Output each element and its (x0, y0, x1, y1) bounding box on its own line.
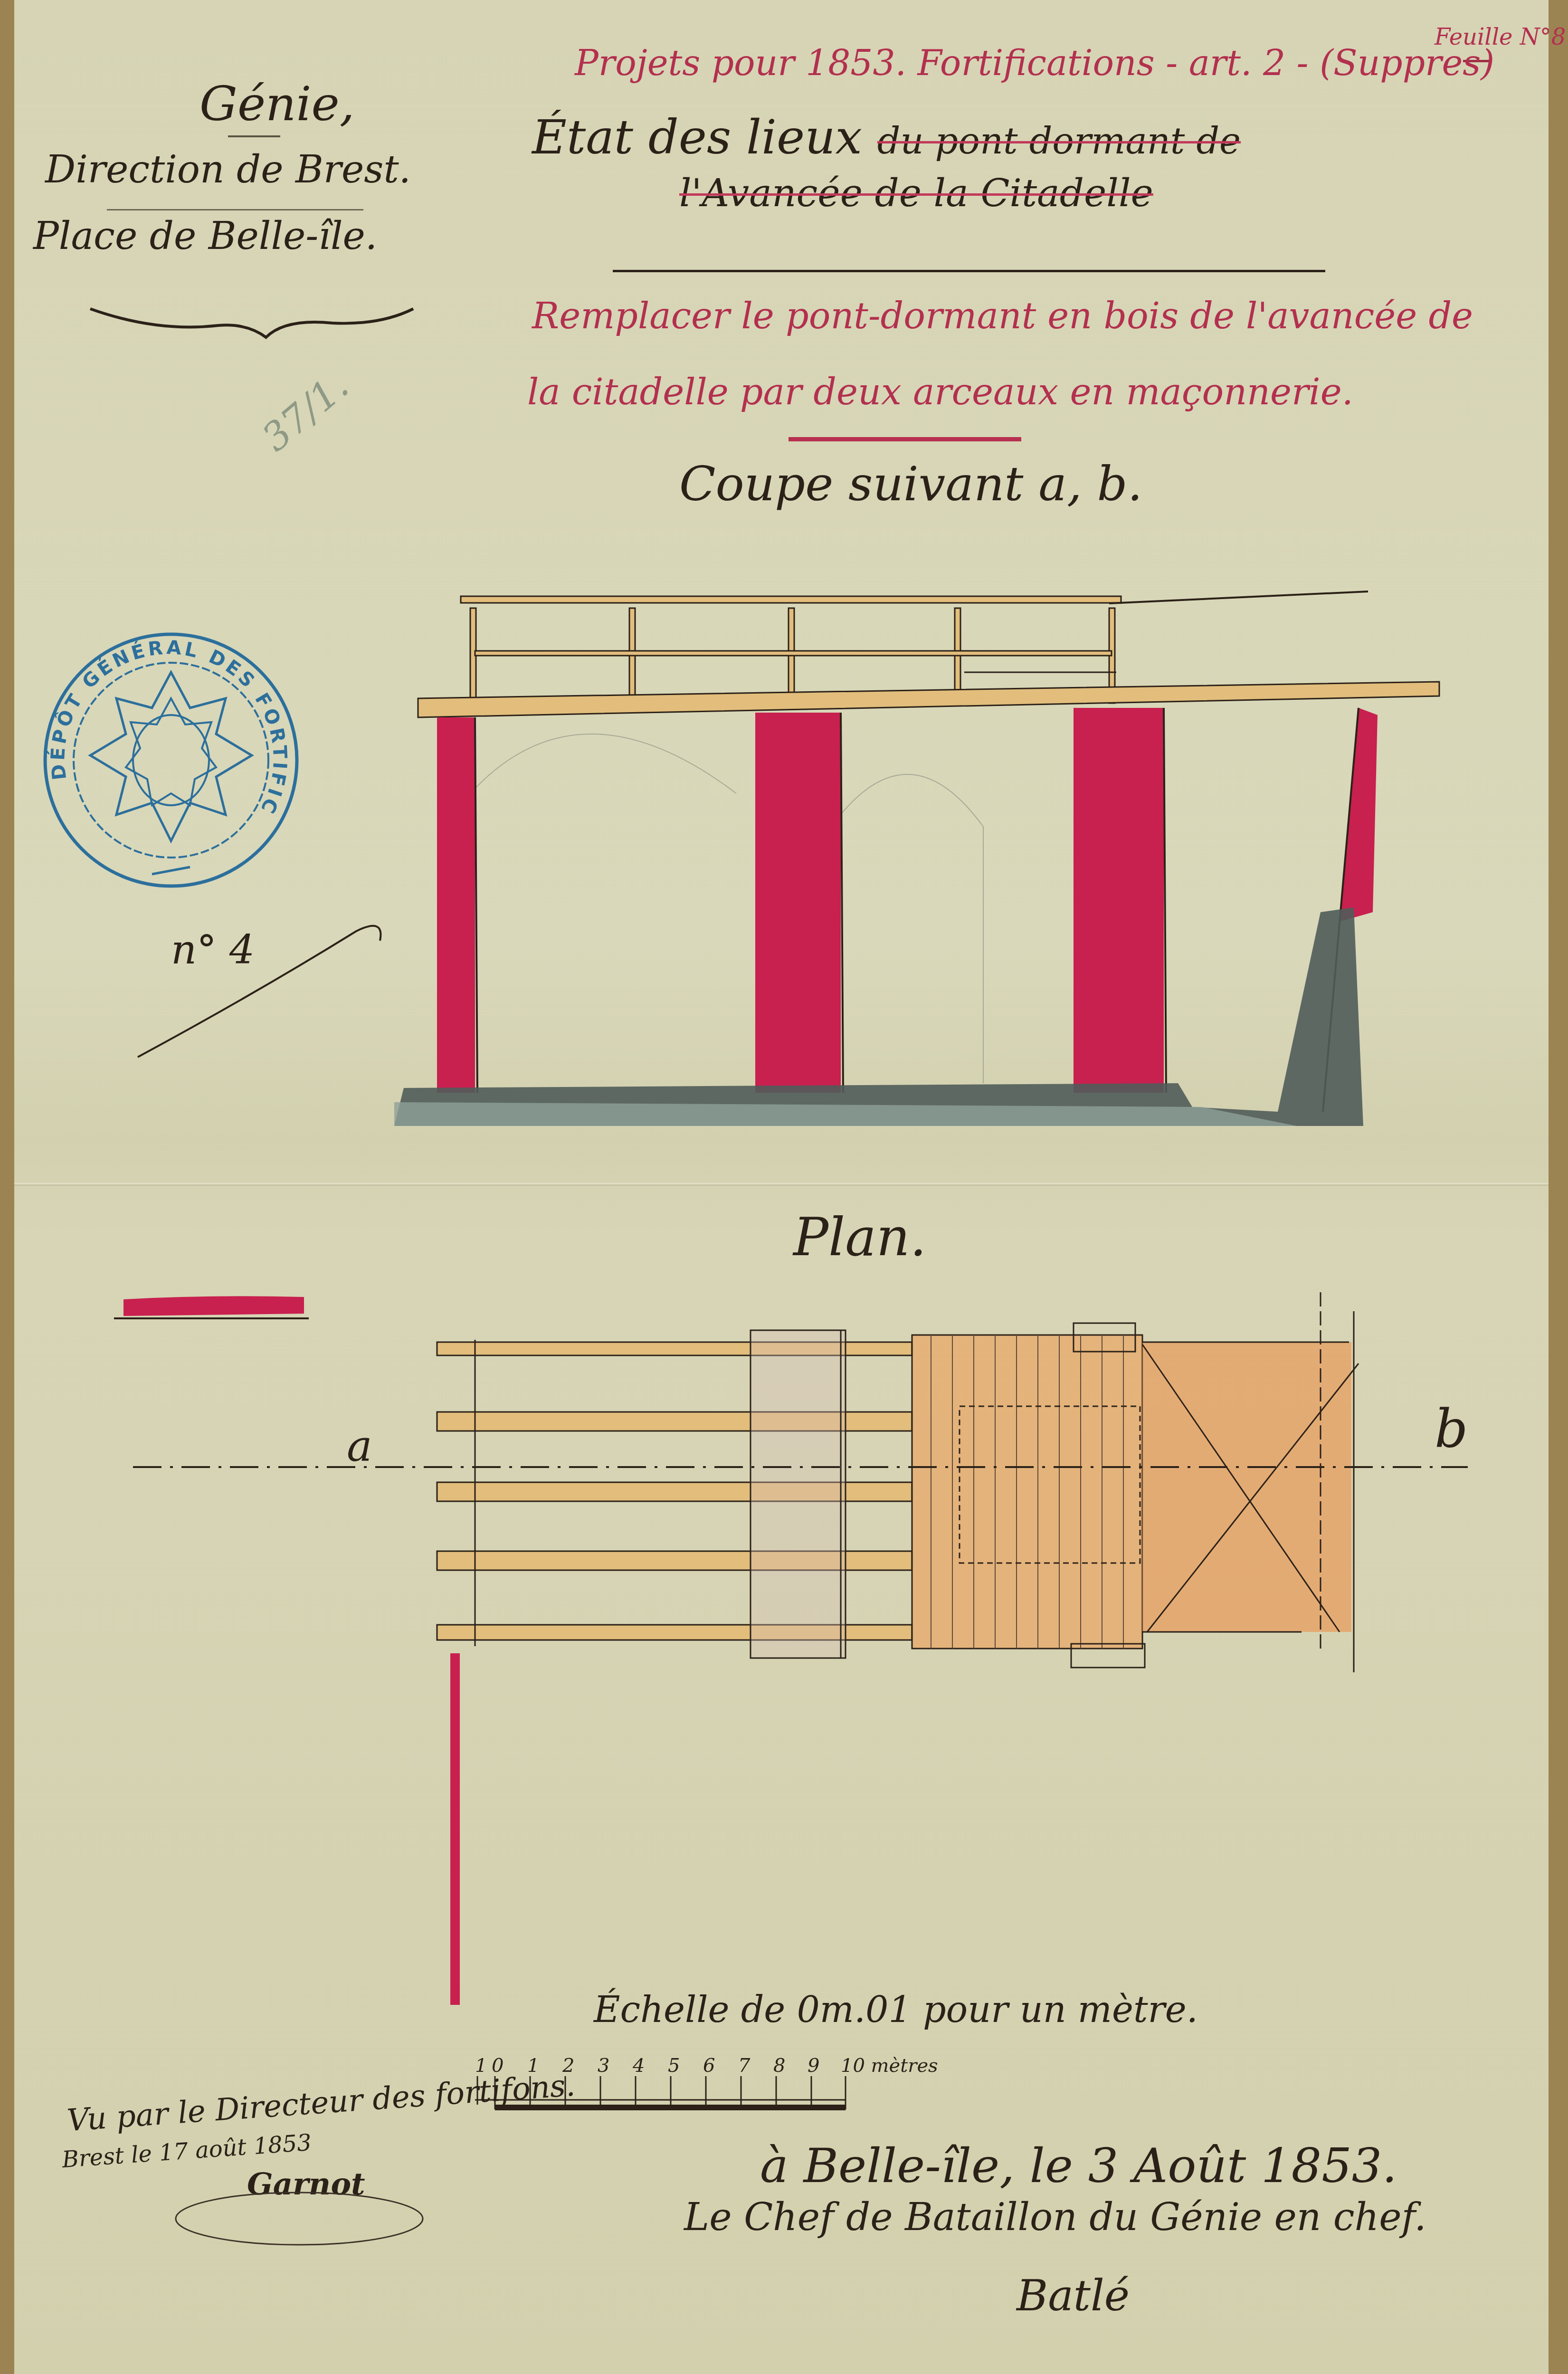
deck-beam (418, 682, 1439, 717)
svg-text:DÉPÔT GÉNÉRAL DES FORTIFICATIO: DÉPÔT GÉNÉRAL DES FORTIFICATIONS (29, 610, 291, 819)
state-prefix: État des lieux (532, 109, 862, 165)
plan-title: Plan. (793, 1207, 927, 1268)
approval-signature-flourish (157, 2166, 442, 2261)
service-heading: Génie, (200, 76, 354, 132)
state-struck-2: l'Avancée de la Citadelle (679, 171, 1153, 215)
description-line-2: la citadelle par deux arceaux en maçonne… (527, 371, 1353, 413)
point-a-label: a (347, 1421, 372, 1471)
direction-heading: Direction de Brest. (45, 147, 411, 191)
section-elevation-drawing (394, 580, 1487, 1126)
masonry-wall-top (124, 1296, 304, 1316)
state-title: État des lieux du pont dormant de (532, 109, 1241, 165)
number-flourish (133, 912, 390, 1064)
title-divider (613, 270, 1325, 272)
section-title: Coupe suivant a, b. (679, 456, 1142, 512)
masonry-pier-3 (1074, 708, 1164, 1093)
description-underline (789, 437, 1021, 441)
rock-foundation (394, 907, 1363, 1126)
masonry-pier-1 (437, 717, 475, 1093)
plan-drawing: a b (114, 1283, 1492, 2019)
signoff-signature: Batlé (1017, 2271, 1130, 2321)
stamp-seal: DÉPÔT GÉNÉRAL DES FORTIFICATIONS (38, 627, 304, 893)
masonry-abutment (1340, 708, 1378, 922)
handrail (461, 596, 1121, 603)
signoff-place-date: à Belle-île, le 3 Août 1853. (760, 2138, 1397, 2193)
flourish-ornament (86, 304, 418, 342)
masonry-pier-2 (755, 713, 841, 1093)
description-line-1: Remplacer le pont-dormant en bois de l'a… (532, 295, 1473, 337)
stamp-text: DÉPÔT GÉNÉRAL DES FORTIFICATIONS (29, 610, 291, 819)
signoff-role: Le Chef de Bataillon du Génie en chef. (684, 2195, 1426, 2239)
service-divider (228, 135, 280, 137)
place-heading: Place de Belle-île. (33, 214, 377, 258)
direction-divider (107, 209, 363, 210)
masonry-wall-left (450, 1653, 460, 2005)
plank-deck (912, 1335, 1142, 1649)
fold-crease (14, 1183, 1549, 1186)
state-struck-1: du pont dormant de (877, 120, 1241, 162)
projects-line: Projets pour 1853. Fortifications - art.… (575, 43, 1494, 84)
point-b-label: b (1435, 1398, 1468, 1459)
scale-title: Échelle de 0m.01 pour un mètre. (594, 1988, 1198, 2031)
